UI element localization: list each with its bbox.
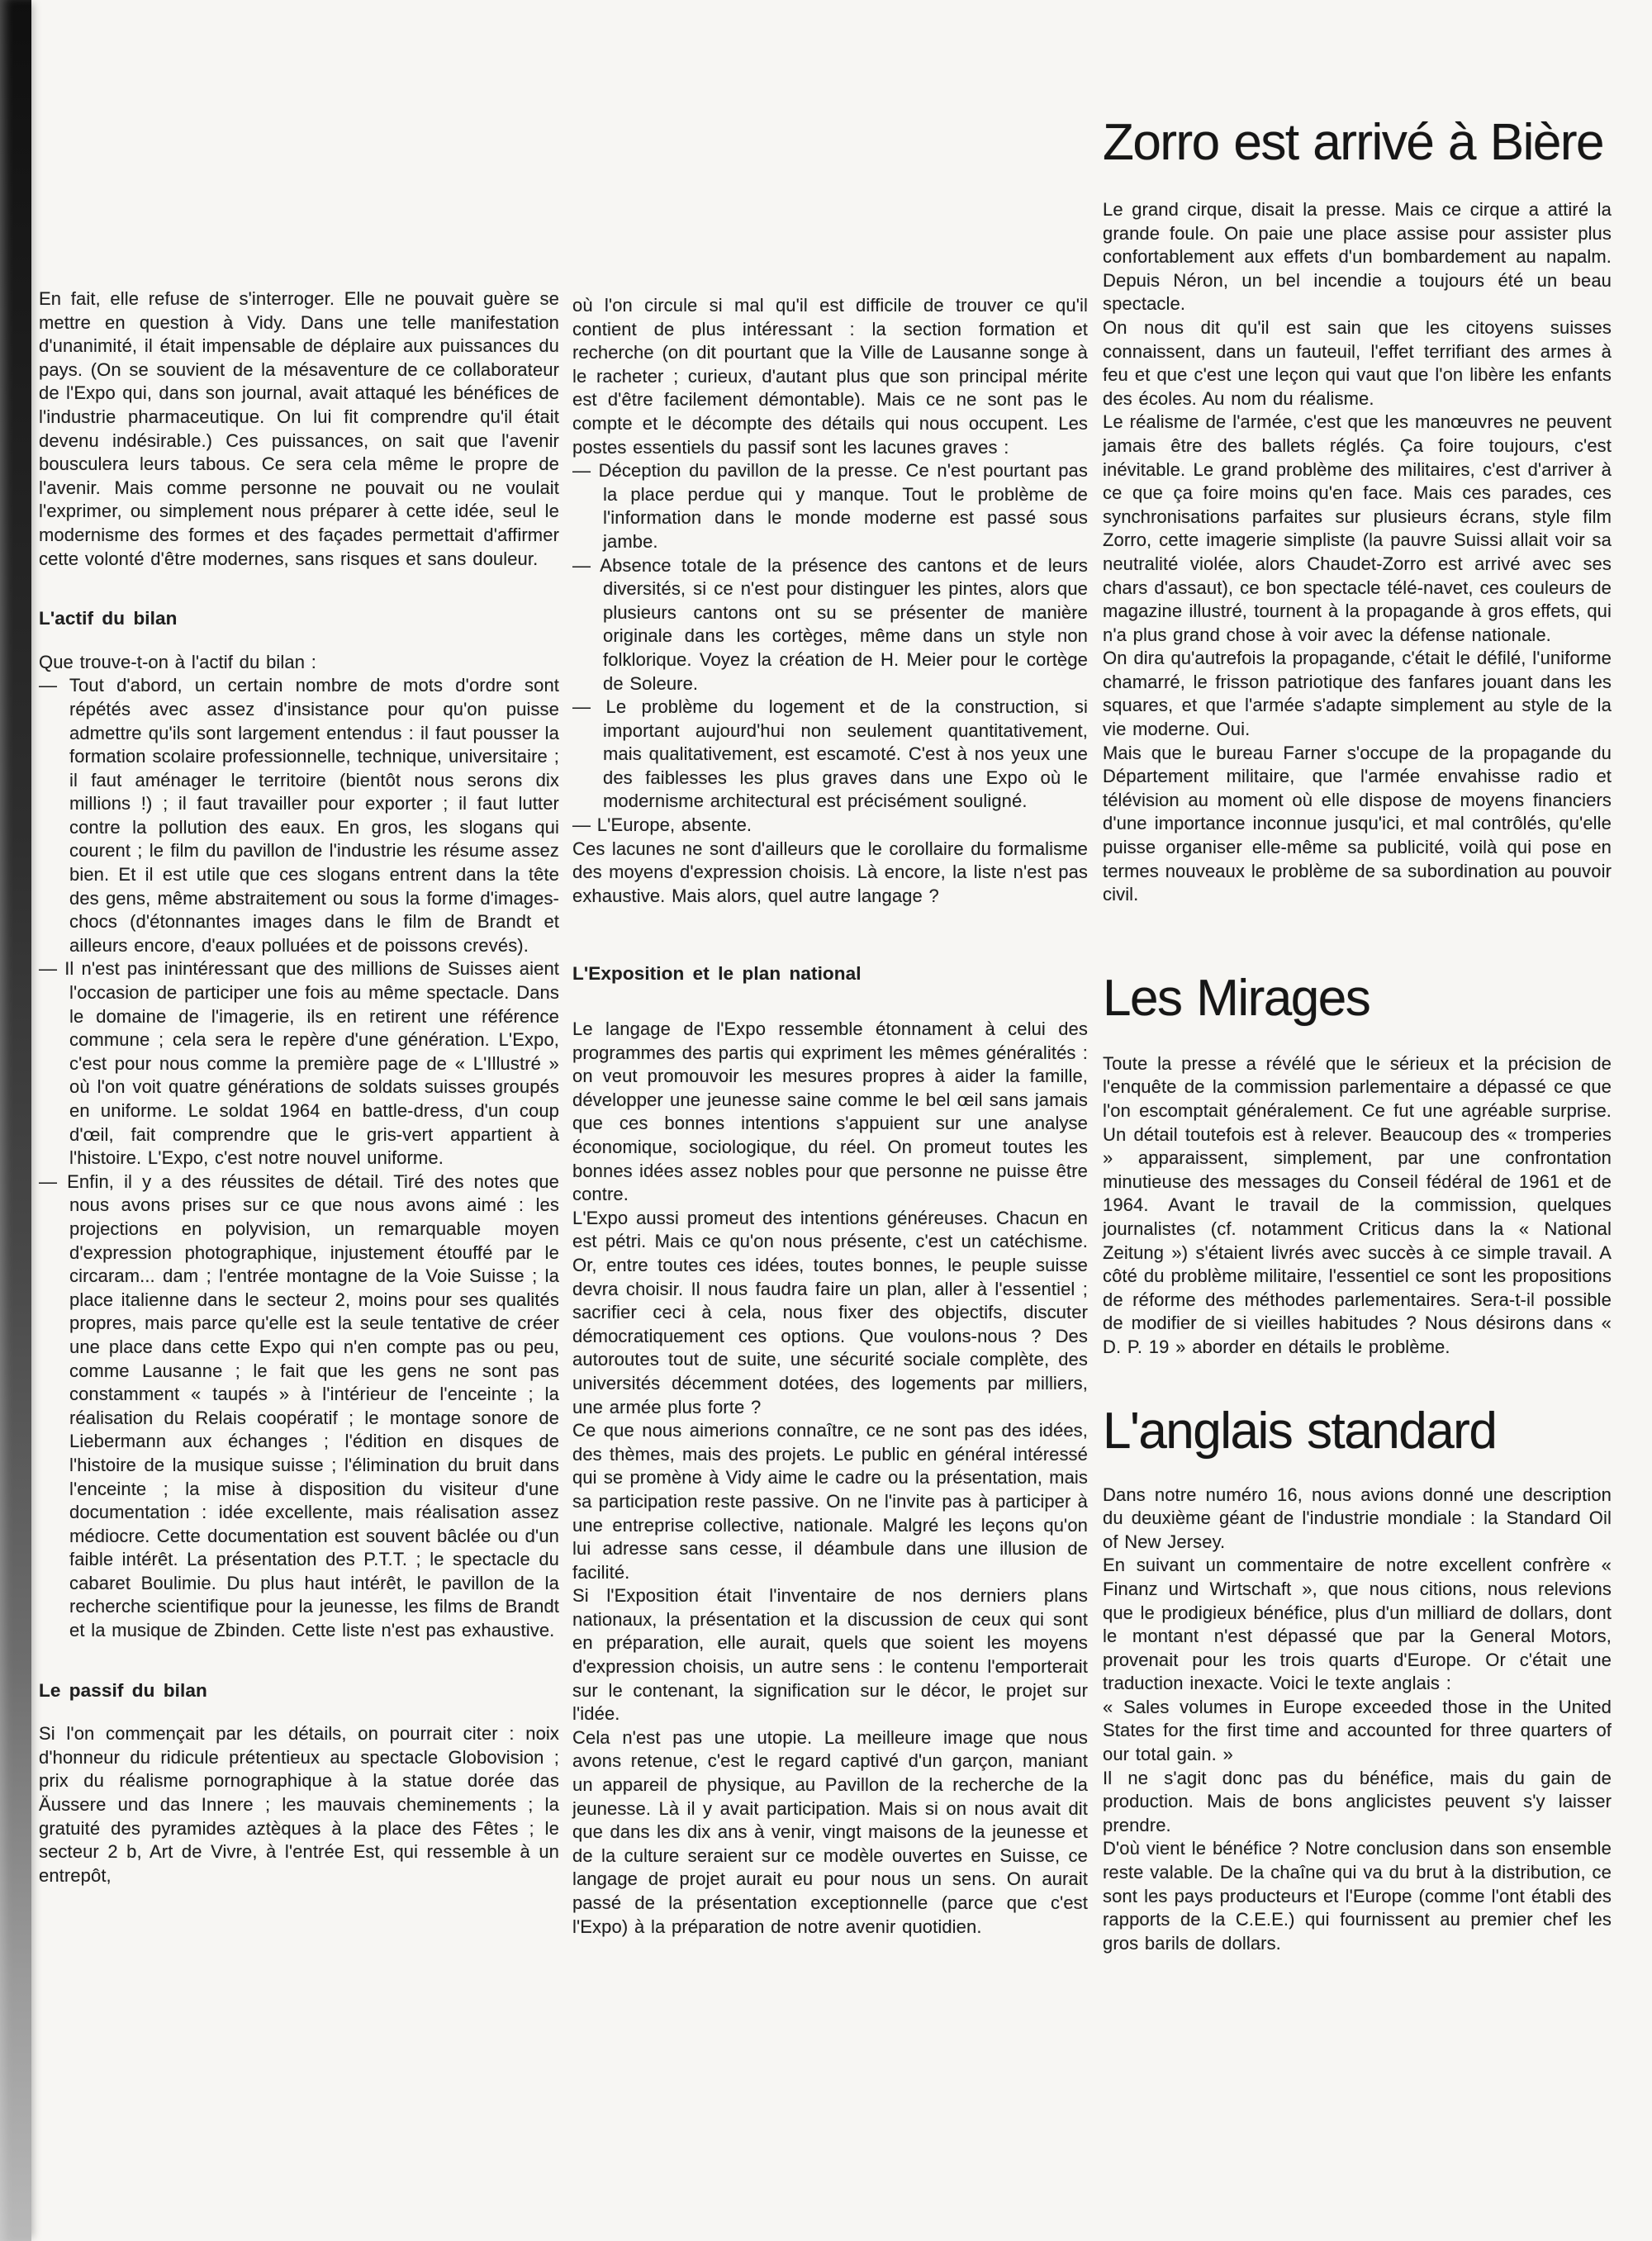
paragraph: L'Expo aussi promeut des intentions géné… — [572, 1207, 1088, 1419]
paragraph: Il ne s'agit donc pas du bénéfice, mais … — [1103, 1767, 1612, 1838]
list-item: — Enfin, il y a des réussites de détail.… — [39, 1170, 559, 1643]
paragraph: Ce que nous aimerions connaître, ce ne s… — [572, 1419, 1088, 1584]
headline-anglais: L'anglais standard — [1103, 1404, 1612, 1459]
column-right: Zorro est arrivé à Bière Le grand cirque… — [1103, 116, 1612, 1955]
list-item: — Tout d'abord, un certain nombre de mot… — [39, 674, 559, 957]
paragraph: Si l'Exposition était l'inventaire de no… — [572, 1584, 1088, 1726]
paragraph: On nous dit qu'il est sain que les citoy… — [1103, 316, 1612, 411]
paragraph: Dans notre numéro 16, nous avions donné … — [1103, 1484, 1612, 1555]
paragraph: En suivant un commentaire de notre excel… — [1103, 1554, 1612, 1696]
column-middle: où l'on circule si mal qu'il est diffici… — [572, 294, 1088, 1939]
list-item: — Déception du pavillon de la presse. Ce… — [572, 459, 1088, 553]
list-item: — Il n'est pas inintéressant que des mil… — [39, 957, 559, 1170]
section-heading: Le passif du bilan — [39, 1679, 559, 1703]
section-heading: L'Exposition et le plan national — [572, 962, 1088, 986]
paragraph: Cela n'est pas une utopie. La meilleure … — [572, 1726, 1088, 1939]
paragraph: Ces lacunes ne sont d'ailleurs que le co… — [572, 838, 1088, 909]
paragraph: Le réalisme de l'armée, c'est que les ma… — [1103, 411, 1612, 647]
paragraph: Toute la presse a révélé que le sérieux … — [1103, 1052, 1612, 1360]
paragraph: Le langage de l'Expo ressemble étonnamen… — [572, 1018, 1088, 1207]
paragraph: « Sales volumes in Europe exceeded those… — [1103, 1696, 1612, 1767]
paragraph: Le grand cirque, disait la presse. Mais … — [1103, 198, 1612, 316]
headline-mirages: Les Mirages — [1103, 971, 1612, 1026]
paragraph: En fait, elle refuse de s'interroger. El… — [39, 287, 559, 571]
list-item: — Absence totale de la présence des cant… — [572, 554, 1088, 696]
column-left: En fait, elle refuse de s'interroger. El… — [39, 287, 559, 1887]
list-item: — Le problème du logement et de la const… — [572, 696, 1088, 814]
paragraph: Si l'on commençait par les détails, on p… — [39, 1722, 559, 1887]
paragraph: Mais que le bureau Farner s'occupe de la… — [1103, 742, 1612, 907]
paragraph: On dira qu'autrefois la propagande, c'ét… — [1103, 647, 1612, 741]
scan-edge-artifact — [0, 0, 31, 2241]
list-item: — L'Europe, absente. — [572, 814, 1088, 838]
section-heading: L'actif du bilan — [39, 607, 559, 631]
magazine-page: En fait, elle refuse de s'interroger. El… — [0, 0, 1652, 2241]
headline-zorro: Zorro est arrivé à Bière — [1103, 116, 1612, 170]
paragraph: Que trouve-t-on à l'actif du bilan : — [39, 651, 559, 675]
paragraph: où l'on circule si mal qu'il est diffici… — [572, 294, 1088, 459]
paragraph: D'où vient le bénéfice ? Notre conclusio… — [1103, 1837, 1612, 1955]
